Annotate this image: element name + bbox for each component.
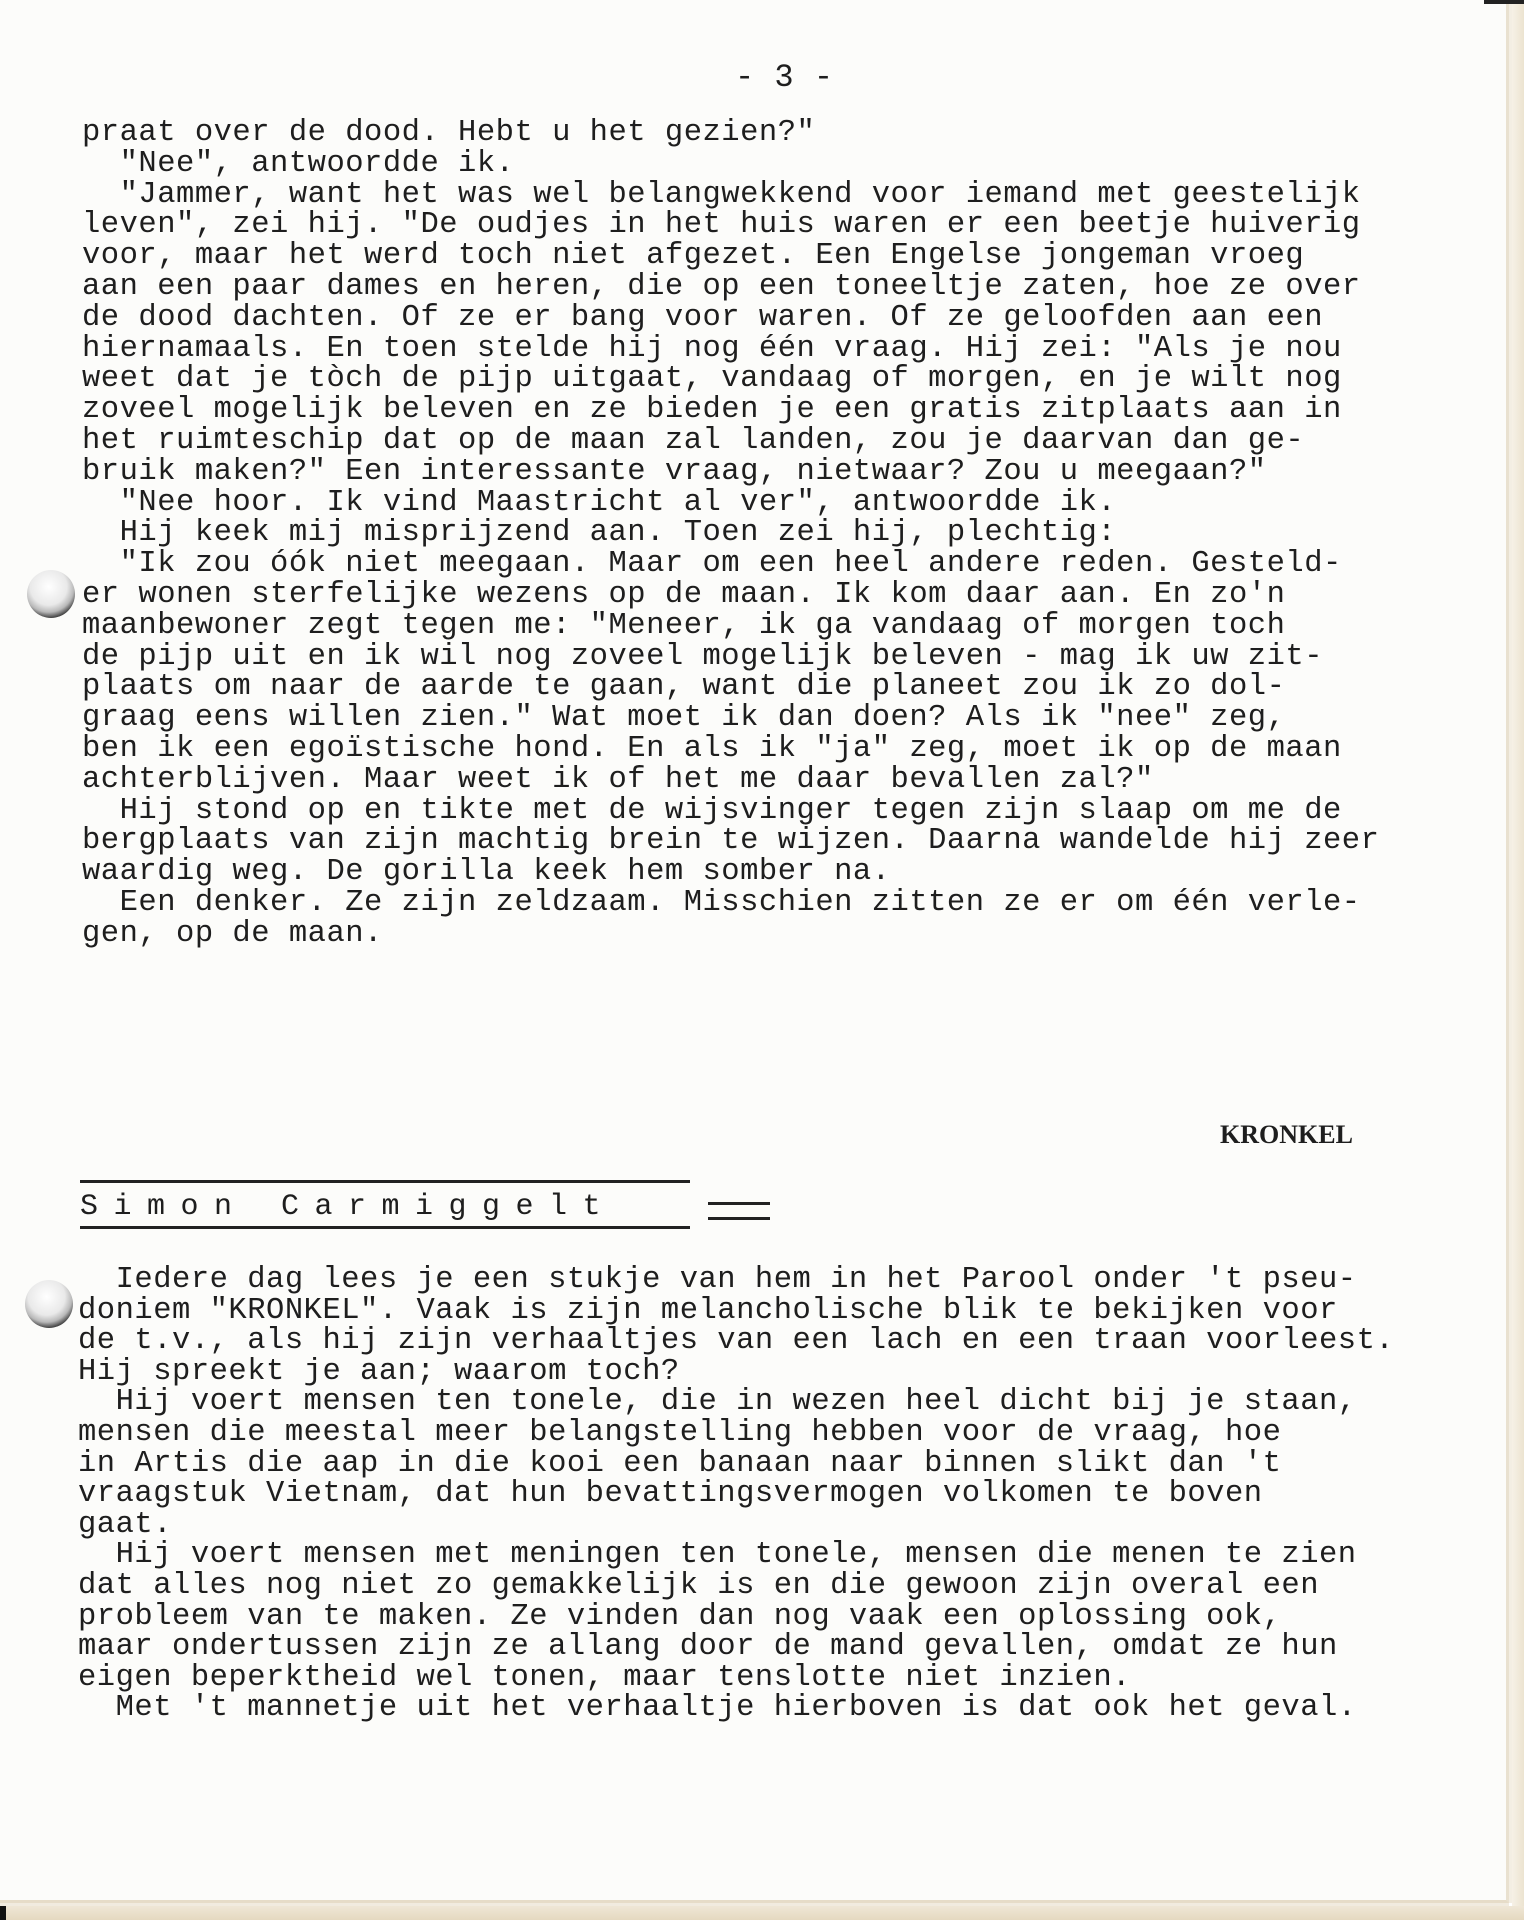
heading-double-rule: [708, 1202, 770, 1220]
text-line: vraagstuk Vietnam, dat hun bevattingsver…: [78, 1479, 1263, 1510]
text-line: maar ondertussen zijn ze allang door de …: [78, 1632, 1338, 1663]
text-line: mensen die meestal meer belangstelling h…: [78, 1418, 1281, 1449]
page-edge-top: [1484, 0, 1524, 4]
text-line: plaats om naar de aarde te gaan, want di…: [82, 672, 1285, 703]
text-line: graag eens willen zien." Wat moet ik dan…: [82, 703, 1285, 734]
text-line: hiernamaals. En toen stelde hij nog één …: [82, 334, 1342, 365]
text-line: Iedere dag lees je een stukje van hem in…: [78, 1265, 1357, 1296]
text-line: voor, maar het werd toch niet afgezet. E…: [82, 241, 1304, 272]
text-line: leven", zei hij. "De oudjes in het huis …: [82, 210, 1361, 241]
text-line: Hij spreekt je aan; waarom toch?: [78, 1357, 680, 1388]
text-line: bruik maken?" Een interessante vraag, ni…: [82, 457, 1267, 488]
text-line: Hij stond op en tikte met de wijsvinger …: [82, 796, 1342, 827]
text-line: "Nee", antwoordde ik.: [82, 149, 514, 180]
text-line: waardig weg. De gorilla keek hem somber …: [82, 857, 891, 888]
text-line: de t.v., als hij zijn verhaaltjes van ee…: [78, 1326, 1394, 1357]
heading-rule-top: [80, 1180, 690, 1183]
text-line: het ruimteschip dat op de maan zal lande…: [82, 426, 1304, 457]
signature: KRONKEL: [1220, 1122, 1353, 1148]
text-line: maanbewoner zegt tegen me: "Meneer, ik g…: [82, 611, 1285, 642]
text-line: gaat.: [78, 1510, 172, 1541]
text-line: gen, op de maan.: [82, 919, 383, 950]
text-line: doniem "KRONKEL". Vaak is zijn melanchol…: [78, 1296, 1338, 1327]
page-edge-bottom: [0, 1906, 1524, 1920]
text-line: "Jammer, want het was wel belangwekkend …: [82, 180, 1361, 211]
page-edge-right: [1512, 0, 1524, 1920]
text-line: de dood dachten. Of ze er bang voor ware…: [82, 303, 1323, 334]
text-line: probleem van te maken. Ze vinden dan nog…: [78, 1602, 1281, 1633]
text-line: Met 't mannetje uit het verhaaltje hierb…: [78, 1693, 1357, 1724]
section-title: Simon Carmiggelt: [80, 1190, 616, 1224]
text-line: praat over de dood. Hebt u het gezien?": [82, 118, 815, 149]
page-number: - 3 -: [735, 62, 834, 94]
text-line: aan een paar dames en heren, die op een …: [82, 272, 1361, 303]
text-line: ben ik een egoïstische hond. En als ik "…: [82, 734, 1342, 765]
text-line: eigen beperktheid wel tonen, maar tenslo…: [78, 1663, 1131, 1694]
text-line: de pijp uit en ik wil nog zoveel mogelij…: [82, 642, 1323, 673]
text-line: Hij voert mensen met meningen ten tonele…: [78, 1540, 1357, 1571]
text-line: achterblijven. Maar weet ik of het me da…: [82, 765, 1154, 796]
heading-rule-bottom: [80, 1226, 690, 1229]
text-line: in Artis die aap in die kooi een banaan …: [78, 1449, 1281, 1480]
text-line: Een denker. Ze zijn zeldzaam. Misschien …: [82, 888, 1361, 919]
punch-hole-top: [27, 570, 75, 618]
text-line: dat alles nog niet zo gemakkelijk is en …: [78, 1571, 1319, 1602]
text-line: bergplaats van zijn machtig brein te wij…: [82, 826, 1379, 857]
text-line: er wonen sterfelijke wezens op de maan. …: [82, 580, 1285, 611]
text-line: "Nee hoor. Ik vind Maastricht al ver", a…: [82, 488, 1116, 519]
text-line: Hij keek mij misprijzend aan. Toen zei h…: [82, 518, 1116, 549]
text-line: "Ik zou óók niet meegaan. Maar om een he…: [82, 549, 1342, 580]
page-corner: [0, 1906, 6, 1920]
text-line: Hij voert mensen ten tonele, die in weze…: [78, 1387, 1357, 1418]
punch-hole-bottom: [25, 1280, 73, 1328]
text-line: zoveel mogelijk beleven en ze bieden je …: [82, 395, 1342, 426]
text-line: weet dat je tòch de pijp uitgaat, vandaa…: [82, 364, 1342, 395]
